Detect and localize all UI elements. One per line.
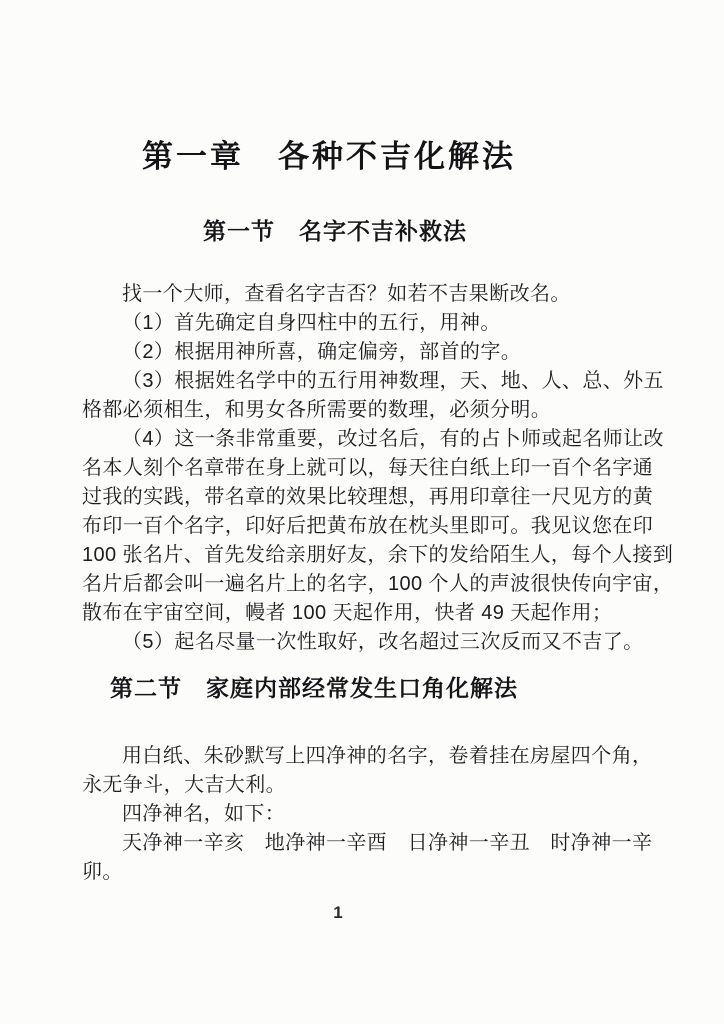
text-line: （5）起名尽量一次性取好，改名超过三次反而又不吉了。 <box>82 628 642 657</box>
chapter-title: 第一章 各种不吉化解法 <box>49 136 609 178</box>
text-line: 天净神一辛亥 地净神一辛酉 日净神一辛丑 时净神一辛 <box>82 829 642 858</box>
text-line: 名本人刻个名章带在身上就可以，每天往白纸上印一百个名字通 <box>82 454 642 483</box>
text-line: 散布在宇宙空间，幔者 100 天起作用，快者 49 天起作用； <box>82 599 642 628</box>
text-line: 找一个大师，查看名字吉否？如若不吉果断改名。 <box>82 280 642 309</box>
text-line: 格都必须相生，和男女各所需要的数理，必须分明。 <box>82 396 642 425</box>
page-number: 1 <box>0 903 700 923</box>
text-line: 用白纸、朱砂默写上四净神的名字，卷着挂在房屋四个角， <box>82 742 642 771</box>
text-line: 永无争斗，大吉大利。 <box>82 771 642 800</box>
scanned-book-page: 第一章 各种不吉化解法 第一节 名字不吉补救法 找一个大师，查看名字吉否？如若不… <box>0 0 724 1024</box>
text-line: 四净神名，如下： <box>82 800 642 829</box>
text-line: （1）首先确定自身四柱中的五行，用神。 <box>82 309 642 338</box>
text-line: （4）这一条非常重要，改过名后，有的占卜师或起名师让改 <box>82 425 642 454</box>
text-line: 名片后都会叫一遍名片上的名字，100 个人的声波很快传向宇宙， <box>82 570 642 599</box>
text-line: 布印一百个名字，印好后把黄布放在枕头里即可。我见议您在印 <box>82 512 642 541</box>
section-1-body: 找一个大师，查看名字吉否？如若不吉果断改名。 （1）首先确定自身四柱中的五行，用… <box>82 280 642 657</box>
section-1-title: 第一节 名字不吉补救法 <box>55 216 615 246</box>
page-content: 第一章 各种不吉化解法 第一节 名字不吉补救法 找一个大师，查看名字吉否？如若不… <box>82 0 642 887</box>
text-line: 100 张名片、首先发给亲朋好友，余下的发给陌生人，每个人接到 <box>82 541 642 570</box>
text-line: （3）根据姓名学中的五行用神数理，天、地、人、总、外五 <box>82 367 642 396</box>
section-2-body: 用白纸、朱砂默写上四净神的名字，卷着挂在房屋四个角， 永无争斗，大吉大利。 四净… <box>82 742 642 887</box>
text-line: （2）根据用神所喜，确定偏旁，部首的字。 <box>82 338 642 367</box>
text-line: 过我的实践，带名章的效果比较理想，再用印章往一尺见方的黄 <box>82 483 642 512</box>
section-2-title: 第二节 家庭内部经常发生口角化解法 <box>34 673 594 703</box>
text-line: 卯。 <box>82 858 642 887</box>
